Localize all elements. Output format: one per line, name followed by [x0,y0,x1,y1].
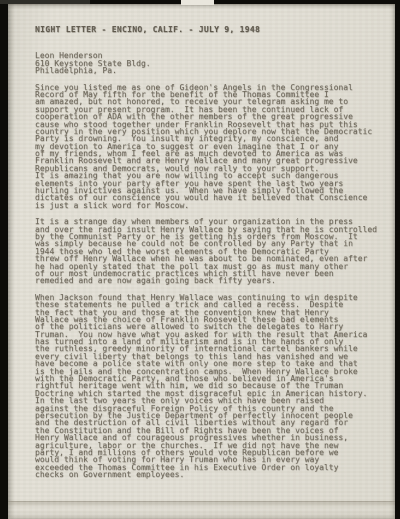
scanned-letter-view: NIGHT LETTER - ENCINO, CALIF. - JULY 9, … [0,0,400,519]
text-line: Philadelphia, Pa. [35,67,391,74]
recipient-address: Leon Henderson610 Keystone State Bldg.Ph… [35,52,391,74]
text-line: checks on Government employees. [35,471,391,478]
paper-top-notch [181,0,214,5]
letter-paper: NIGHT LETTER - ENCINO, CALIF. - JULY 9, … [8,4,395,519]
text-line: is just a slick word for Moscow. [35,202,391,209]
paragraph-1: Since you listed me as one of Gideon's A… [35,84,391,210]
paragraph-2: It is a strange day when members of your… [35,218,391,285]
paragraph-3: When Jackson found that Henry Wallace wa… [35,294,391,479]
paper-bottom-fold [8,501,395,519]
letter-body: NIGHT LETTER - ENCINO, CALIF. - JULY 9, … [35,26,391,488]
letter-header: NIGHT LETTER - ENCINO, CALIF. - JULY 9, … [35,26,391,33]
text-line: remedied and are now again going back fi… [35,277,391,284]
